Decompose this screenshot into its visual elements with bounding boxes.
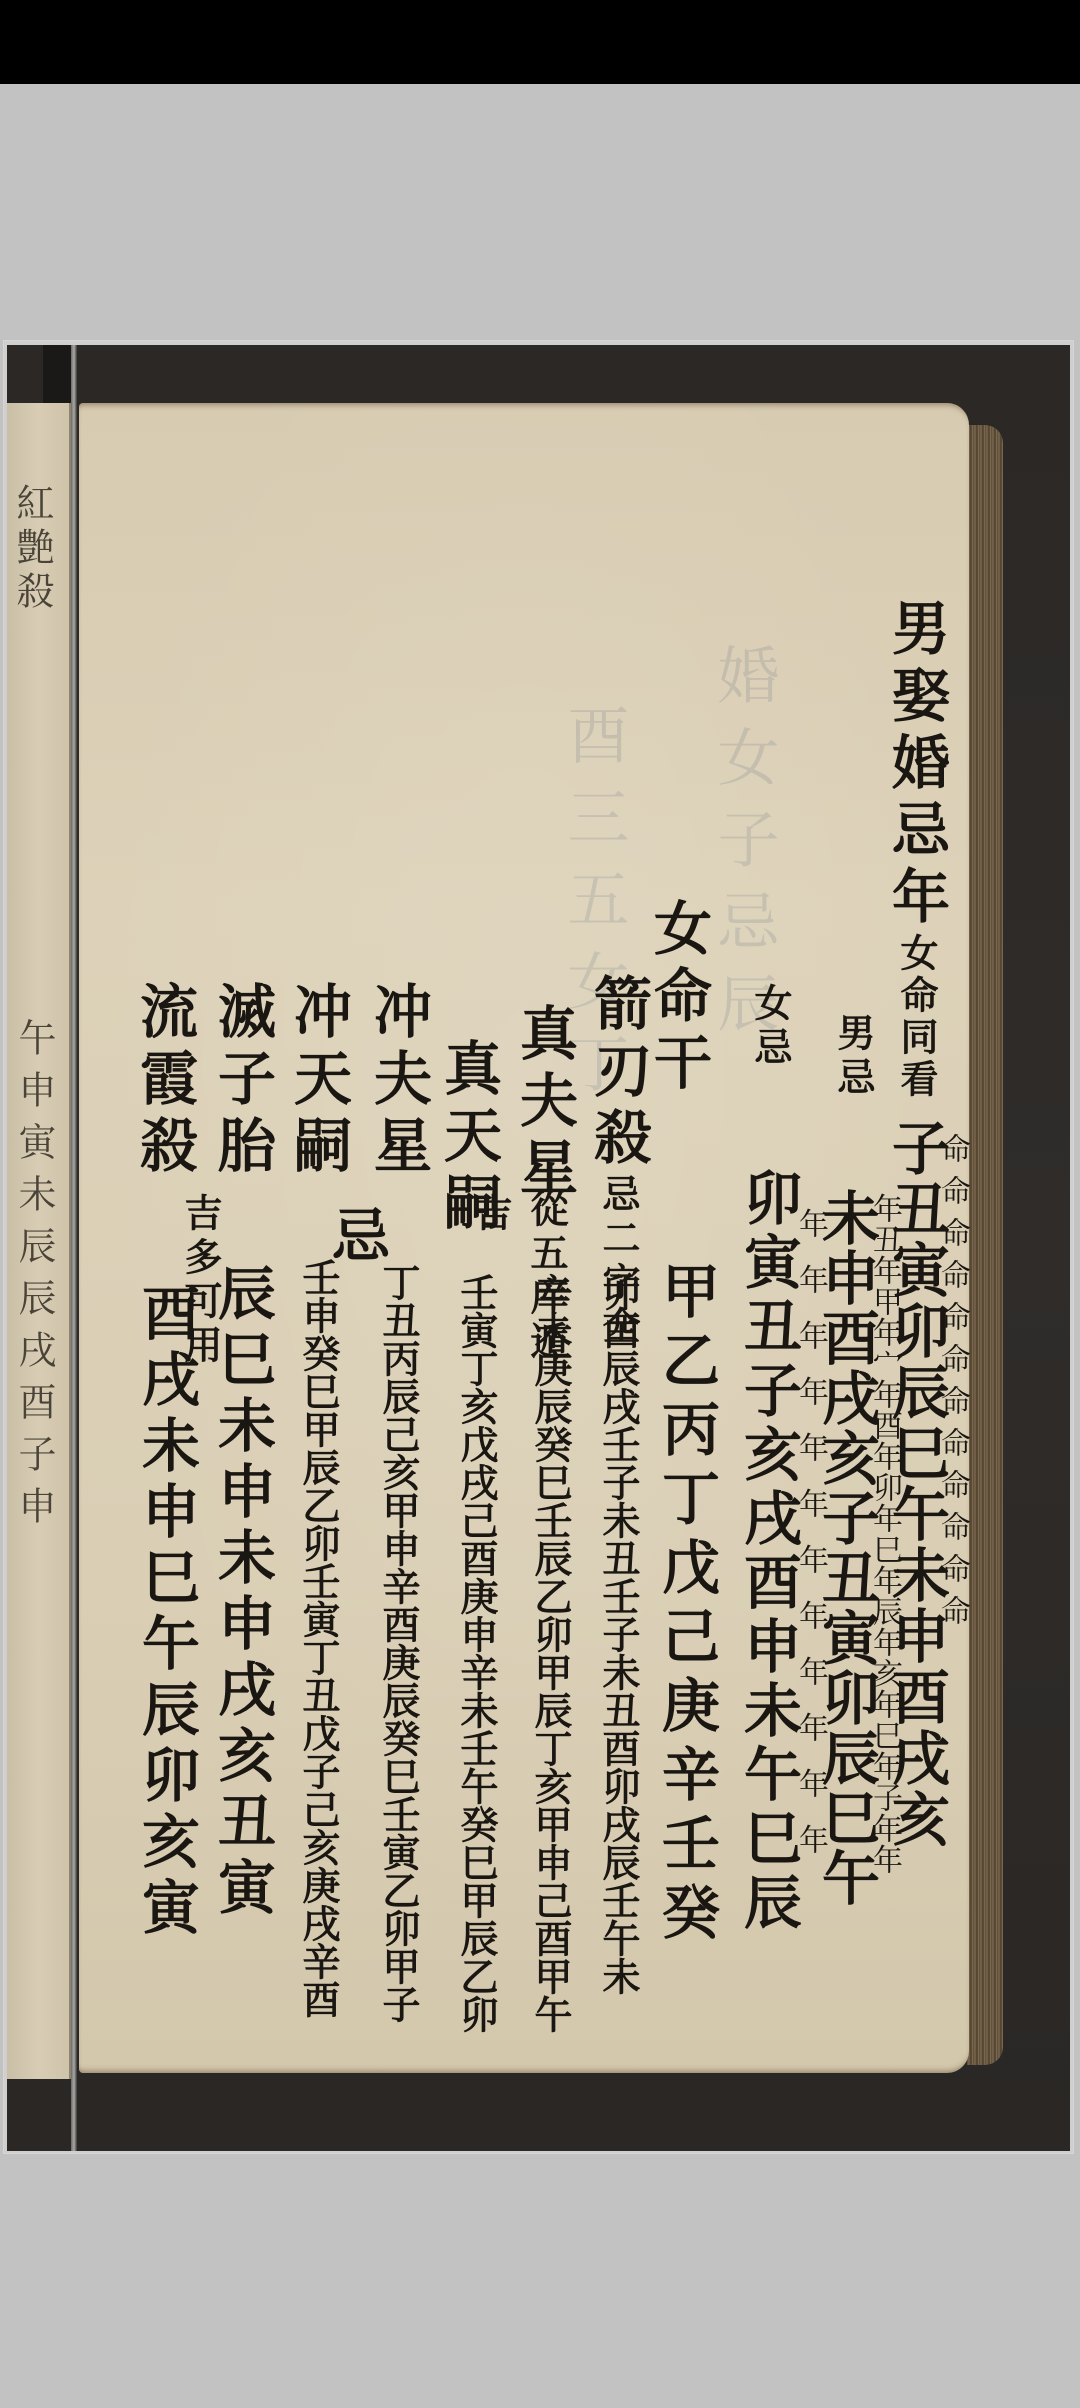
title-note: 女命同看	[894, 933, 939, 1101]
stems-column: 甲乙丙丁戊己庚辛壬癸	[657, 1261, 715, 1951]
left-page: 紅艶殺 午申寅未辰辰戌酉子申	[7, 403, 71, 2079]
title-main: 男娶婚忌年	[882, 598, 950, 933]
right-page: 婚女子忌辰 酉三五女丁 男娶婚忌年女命同看 子丑寅卯辰巳午未申酉戌亥 命命命命命…	[79, 403, 969, 2073]
ming-marks: 命命命命命命命命命命命命	[937, 1133, 967, 1637]
true-heir-note: 吉	[471, 1193, 509, 1237]
true-husband-star-label: 真夫星	[515, 1003, 573, 1204]
clash-heir-label: 冲天嗣	[289, 981, 347, 1182]
stem-row-1: 卯酉辰戌壬子未丑壬子未丑酉卯戌辰壬午未	[599, 1273, 637, 1995]
gutter-shadow	[43, 345, 73, 403]
male-taboo-header: 男忌	[834, 1013, 872, 1101]
destroy-fetus-label: 滅子胎	[213, 981, 271, 1182]
stem-row-5: 壬申癸巳甲辰乙卯壬寅丁丑戊子己亥庚戌辛酉	[299, 1258, 337, 2018]
title: 男娶婚忌年女命同看	[887, 598, 945, 1101]
female-stem-label: 女命干	[649, 898, 707, 1099]
true-husband-star-note: 從五库遁	[527, 1189, 565, 1365]
branches-row-a: 辰巳未申未申戌亥丑寅	[213, 1263, 271, 1923]
arrow-blade-name: 箭刃殺	[584, 973, 652, 1174]
page-edges	[967, 425, 1003, 2065]
clash-husband-star-note: 忌	[327, 1205, 385, 1272]
stem-row-4: 丁丑丙辰己亥甲申辛酉庚辰癸巳壬寅乙卯甲子	[379, 1263, 417, 2023]
clash-husband-star-label: 冲夫星	[369, 981, 427, 1182]
nian-marks: 年年年年年年年年年年年年	[795, 1208, 825, 1880]
image-viewer-frame[interactable]: 紅艶殺 午申寅未辰辰戌酉子申 婚女子忌辰 酉三五女丁 男娶婚忌年女命同看 子丑寅…	[3, 340, 1074, 2154]
arrow-blade-note: 忌二字全	[596, 1174, 641, 1350]
female-taboo-column: 卯寅丑子亥戌酉申未午巳辰	[739, 1168, 797, 1936]
stem-row-2: 辛未庚辰癸巳壬辰乙卯甲辰丁亥甲申己酉甲午	[531, 1273, 569, 2033]
branches-row-b: 酉戌未申巳午辰卯亥寅	[137, 1283, 195, 1943]
manuscript-photo: 紅艶殺 午申寅未辰辰戌酉子申 婚女子忌辰 酉三五女丁 男娶婚忌年女命同看 子丑寅…	[7, 345, 1070, 2151]
left-page-column: 午申寅未辰辰戌酉子申	[15, 1018, 53, 1538]
male-taboo-annotation: 年丑年甲年宀年酉年卯年巳年辰年亥年巳年子年年	[869, 1193, 899, 1875]
status-bar	[0, 0, 1080, 84]
arrow-blade-label: 箭刃殺忌二字全	[589, 973, 647, 1350]
book-gutter	[71, 345, 77, 2151]
left-page-title: 紅艶殺	[13, 483, 51, 615]
flowing-haze-label: 流霞殺	[135, 981, 193, 1182]
female-taboo-header: 女忌	[751, 983, 789, 1071]
stem-row-3: 壬寅丁亥戊戌己酉庚申辛未壬午癸巳甲辰乙卯	[457, 1273, 495, 2033]
